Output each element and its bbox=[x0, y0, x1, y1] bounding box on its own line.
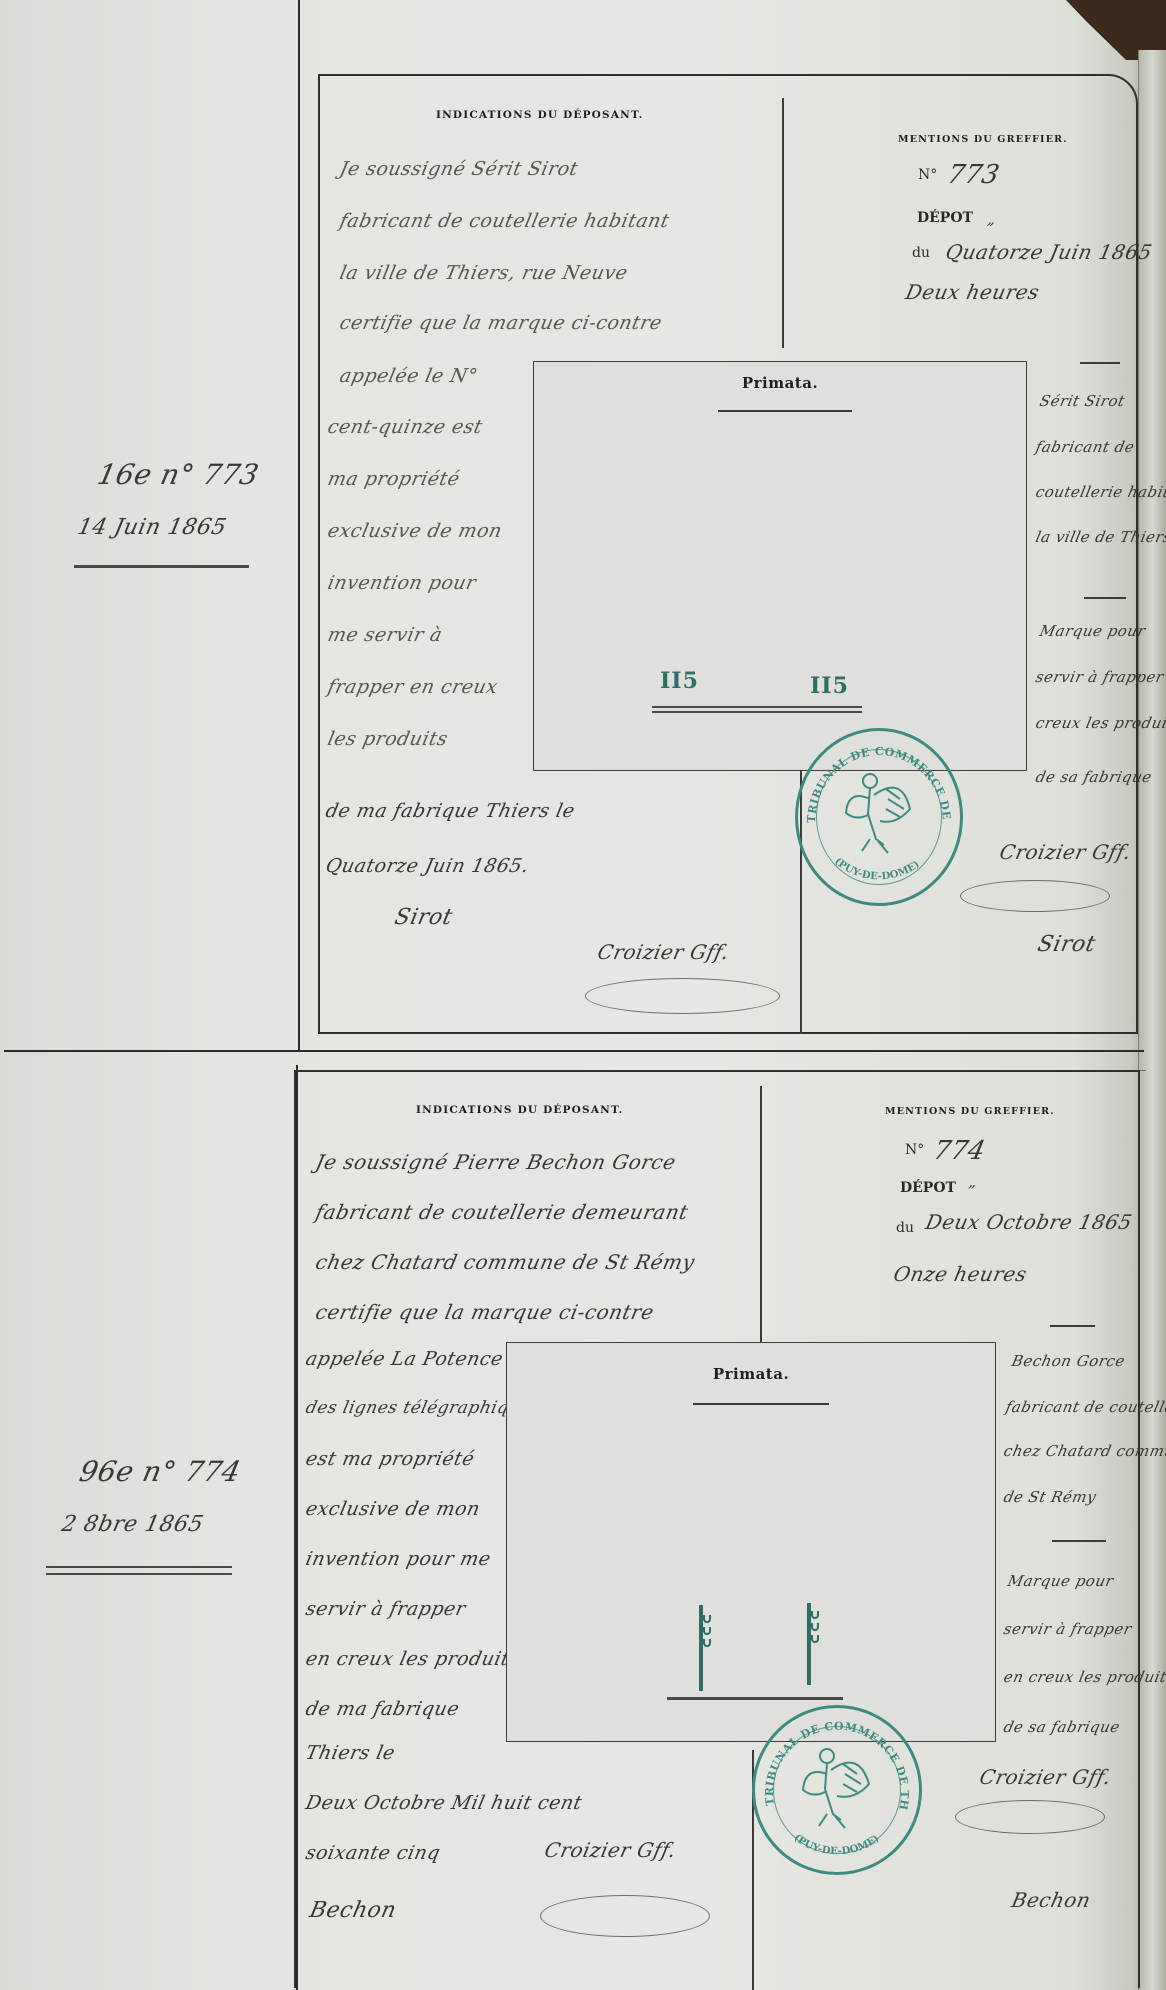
depot-label: DÉPOT bbox=[900, 1180, 956, 1196]
clerk-signature: Croizier Gff. bbox=[997, 840, 1133, 864]
greffier-note: fabricant de coutellerie bbox=[1004, 1398, 1166, 1416]
greffier-note: Sérit Sirot bbox=[1038, 392, 1127, 410]
date-label: du bbox=[912, 245, 930, 261]
svg-text:(PUY-DE-DOME): (PUY-DE-DOME) bbox=[792, 1832, 882, 1857]
deposant-line: la ville de Thiers, rue Neuve bbox=[338, 262, 630, 284]
trademark-baseline bbox=[652, 711, 862, 713]
deposant-line: exclusive de mon bbox=[304, 1498, 483, 1520]
trademark-baseline bbox=[667, 1697, 843, 1700]
greffier-header: MENTIONS DU GREFFIER. bbox=[885, 1106, 1055, 1117]
greffier-rule bbox=[1050, 1325, 1095, 1327]
deposant-header: INDICATIONS DU DÉPOSANT. bbox=[416, 1104, 623, 1116]
deposant-line: Deux Octobre Mil huit cent bbox=[304, 1792, 585, 1814]
deposant-signature: Sirot bbox=[392, 905, 455, 930]
deposit-date: Deux Octobre 1865 bbox=[923, 1210, 1134, 1234]
number-label: N° bbox=[905, 1142, 924, 1158]
clerk-signature: Croizier Gff. bbox=[595, 940, 731, 964]
greffier-note: de St Rémy bbox=[1002, 1488, 1098, 1506]
deposant-line: soixante cinq bbox=[304, 1842, 443, 1864]
deposant-line: appelée le N° bbox=[338, 365, 480, 387]
trademark-mark-left: II5 bbox=[660, 668, 699, 694]
greffier-sign-name: Sirot bbox=[1035, 932, 1098, 957]
eagle-emblem-icon bbox=[799, 1744, 879, 1834]
greffier-note: chez Chatard commune bbox=[1002, 1442, 1166, 1460]
deposant-line: de ma fabrique Thiers le bbox=[324, 800, 577, 822]
trademark-specimen-box: Primata. bbox=[506, 1342, 996, 1742]
margin-note-line2: 14 Juin 1865 bbox=[75, 515, 228, 540]
deposant-line: en creux les produits bbox=[304, 1648, 522, 1670]
trademark-baseline bbox=[652, 706, 862, 708]
trademark-mark-right: II5 bbox=[810, 673, 849, 699]
deposant-line: Je soussigné Sérit Sirot bbox=[338, 158, 581, 180]
signature-flourish bbox=[955, 1800, 1105, 1834]
deposant-line: exclusive de mon bbox=[326, 520, 505, 542]
deposant-line: invention pour me bbox=[304, 1548, 493, 1570]
greffier-note: la ville de Thiers bbox=[1034, 528, 1166, 546]
greffier-note: Marque pour bbox=[1038, 622, 1147, 640]
deposant-line: me servir à bbox=[326, 624, 445, 646]
court-seal: TRIBUNAL DE COMMERCE DE THIERS (PUY-DE-D… bbox=[795, 728, 963, 906]
deposant-line: fabricant de coutellerie habitant bbox=[338, 210, 672, 232]
deposit-date: Quatorze Juin 1865 bbox=[943, 240, 1154, 264]
specimen-title: Primata. bbox=[507, 1365, 995, 1383]
number-label: N° bbox=[918, 167, 937, 183]
greffier-rule bbox=[1084, 597, 1126, 599]
greffier-note: de sa fabrique bbox=[1002, 1718, 1122, 1736]
greffier-note: Bechon Gorce bbox=[1010, 1352, 1127, 1370]
deposit-number: 773 bbox=[945, 160, 1003, 190]
margin-note-line1: 16e n° 773 bbox=[94, 458, 261, 491]
deposant-line: chez Chatard commune de St Rémy bbox=[313, 1250, 697, 1274]
trademark-specimen-box: Primata. II5 II5 bbox=[533, 361, 1027, 771]
deposant-line: cent-quinze est bbox=[326, 416, 485, 438]
deposant-line: certifie que la marque ci-contre bbox=[338, 312, 664, 334]
greffier-note: en creux les produits bbox=[1002, 1668, 1166, 1686]
deposant-line: appelée La Potence bbox=[304, 1348, 506, 1370]
column-divider bbox=[782, 98, 784, 348]
deposant-header: INDICATIONS DU DÉPOSANT. bbox=[436, 109, 643, 121]
deposant-line: frapper en creux bbox=[326, 676, 500, 698]
signature-flourish bbox=[540, 1895, 710, 1937]
specimen-title-underline bbox=[718, 410, 852, 412]
deposant-line: ma propriété bbox=[326, 468, 462, 490]
deposant-line: servir à frapper bbox=[304, 1598, 468, 1620]
clerk-signature: Croizier Gff. bbox=[542, 1838, 678, 1862]
margin-note-line1: 96e n° 774 bbox=[76, 1455, 243, 1488]
deposant-line: Quatorze Juin 1865. bbox=[324, 855, 531, 877]
greffier-note: servir à frapper bbox=[1002, 1620, 1133, 1638]
deposit-time: Onze heures bbox=[891, 1262, 1029, 1286]
column-divider bbox=[760, 1086, 762, 1342]
deposit-number: 774 bbox=[931, 1136, 989, 1166]
deposant-line: certifie que la marque ci-contre bbox=[313, 1300, 656, 1324]
date-label: du bbox=[896, 1220, 914, 1236]
greffier-note: fabricant de bbox=[1034, 438, 1136, 456]
specimen-title: Primata. bbox=[534, 374, 1026, 392]
deposant-line: invention pour bbox=[326, 572, 479, 594]
greffier-note: de sa fabrique bbox=[1034, 768, 1154, 786]
deposant-line: Je soussigné Pierre Bechon Gorce bbox=[313, 1150, 678, 1174]
deposant-signature: Bechon bbox=[307, 1898, 398, 1923]
signature-flourish bbox=[960, 880, 1110, 912]
adjacent-page-edge bbox=[1138, 50, 1166, 1990]
deposant-line: fabricant de coutellerie demeurant bbox=[313, 1200, 690, 1224]
deposit-time: Deux heures bbox=[903, 280, 1041, 304]
specimen-title-underline bbox=[693, 1403, 829, 1405]
greffier-note: servir à frapper en bbox=[1034, 668, 1166, 686]
deposant-line: est ma propriété bbox=[304, 1448, 477, 1470]
deposant-line: Thiers le bbox=[304, 1742, 398, 1764]
register-page: 16e n° 773 14 Juin 1865 INDICATIONS DU D… bbox=[0, 0, 1166, 1990]
record-separator bbox=[4, 1050, 1144, 1052]
deposant-line: les produits bbox=[326, 728, 450, 750]
svg-text:(PUY-DE-DOME): (PUY-DE-DOME) bbox=[832, 856, 921, 882]
margin-rule bbox=[298, 0, 300, 1050]
eagle-emblem-icon bbox=[840, 769, 920, 859]
court-seal: TRIBUNAL DE COMMERCE DE THIERS (PUY-DE-D… bbox=[752, 1705, 922, 1875]
depot-label: DÉPOT bbox=[917, 210, 973, 226]
deposant-line: de ma fabrique bbox=[304, 1698, 462, 1720]
greffier-note: coutellerie habitant bbox=[1034, 483, 1166, 501]
margin-note-underline bbox=[74, 565, 249, 568]
greffier-rule bbox=[1052, 1540, 1106, 1542]
margin-note-underline bbox=[46, 1573, 232, 1575]
greffier-sign-name: Bechon bbox=[1009, 1888, 1093, 1912]
greffier-rule bbox=[1080, 362, 1120, 364]
margin-note-line2: 2 8bre 1865 bbox=[59, 1512, 205, 1537]
greffier-note: creux les produits bbox=[1034, 714, 1166, 732]
signature-flourish bbox=[585, 978, 780, 1014]
clerk-signature: Croizier Gff. bbox=[977, 1765, 1113, 1789]
greffier-note: Marque pour bbox=[1006, 1572, 1115, 1590]
greffier-header: MENTIONS DU GREFFIER. bbox=[898, 134, 1068, 145]
margin-note-underline bbox=[46, 1566, 232, 1568]
